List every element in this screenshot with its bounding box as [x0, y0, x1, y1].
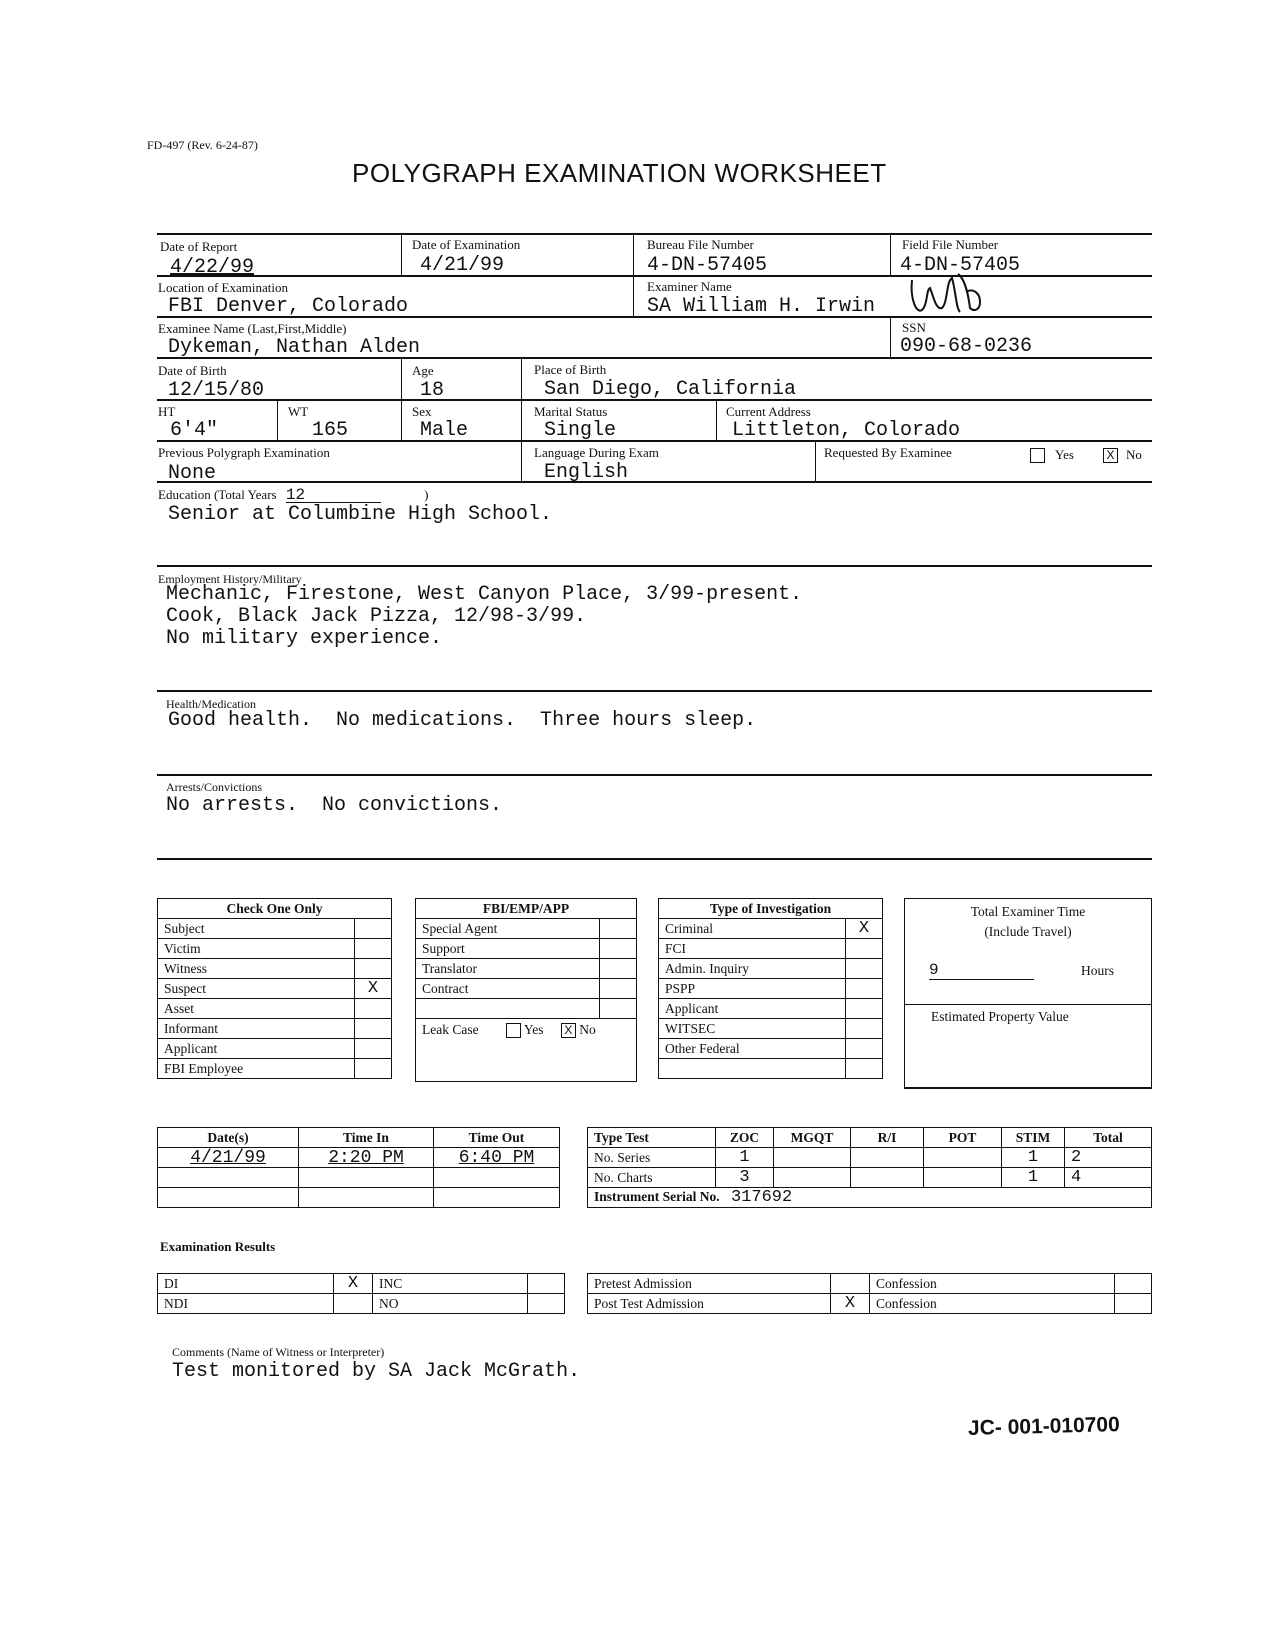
option-applicant: Applicant	[158, 1039, 355, 1059]
ri-cell	[851, 1168, 924, 1188]
result-di-mark[interactable]: X	[334, 1274, 373, 1294]
mark-witness[interactable]	[355, 959, 392, 979]
pretest-admission-mark[interactable]	[831, 1274, 870, 1294]
mark-pspp[interactable]	[846, 979, 883, 999]
mark-asset[interactable]	[355, 999, 392, 1019]
dob-value: 12/15/80	[168, 380, 264, 402]
table-row[interactable]: NDI NO	[158, 1294, 565, 1314]
result-no-mark[interactable]	[528, 1294, 565, 1314]
mark-special-agent[interactable]	[600, 919, 637, 939]
pot-header: POT	[924, 1128, 1002, 1148]
time-in-cell	[299, 1168, 434, 1188]
language-label: Language During Exam	[534, 446, 659, 460]
leak-case-no-checkbox[interactable]: X	[561, 1023, 576, 1038]
dob-label: Date of Birth	[158, 364, 227, 378]
mark-informant[interactable]	[355, 1019, 392, 1039]
requested-no-option[interactable]: X No	[1103, 446, 1142, 464]
option-admin-inquiry: Admin. Inquiry	[659, 959, 846, 979]
bureau-file-number-label: Bureau File Number	[647, 238, 754, 252]
table-row[interactable]: Post Test Admission X Confession	[588, 1294, 1152, 1314]
table-row[interactable]: PSPP	[659, 979, 883, 999]
marital-status-value: Single	[544, 420, 616, 442]
health-line: Good health. No medications. Three hours…	[168, 710, 756, 732]
time-out-cell	[434, 1188, 560, 1208]
instrument-serial-cell: Instrument Serial No. 317692	[588, 1188, 1152, 1208]
table-row[interactable]: Applicant	[659, 999, 883, 1019]
mark-admin-inquiry[interactable]	[846, 959, 883, 979]
examiner-name-label: Examiner Name	[647, 280, 732, 294]
mark-support[interactable]	[600, 939, 637, 959]
divider	[521, 357, 522, 481]
divider	[157, 481, 1152, 483]
examiner-time-box: Total Examiner Time (Include Travel) 9 H…	[904, 898, 1152, 1089]
employment-line-1: Mechanic, Firestone, West Canyon Place, …	[166, 584, 802, 606]
divider	[815, 440, 816, 481]
instrument-serial-label: Instrument Serial No.	[594, 1189, 720, 1204]
check-one-only-header: Check One Only	[158, 899, 392, 919]
current-address-value: Littleton, Colorado	[732, 420, 960, 442]
type-of-investigation-header: Type of Investigation	[659, 899, 883, 919]
education-years-value: 12	[286, 488, 381, 503]
field-file-number-label: Field File Number	[902, 238, 998, 252]
ri-header: R/I	[851, 1128, 924, 1148]
examiner-name-value: SA William H. Irwin	[647, 296, 875, 318]
employment-line-2: Cook, Black Jack Pizza, 12/98-3/99.	[166, 606, 586, 628]
time-out-cell	[434, 1168, 560, 1188]
sex-label: Sex	[412, 405, 432, 419]
option-applicant: Applicant	[659, 999, 846, 1019]
education-paren: )	[424, 487, 428, 502]
time-in-cell	[299, 1188, 434, 1208]
location-value: FBI Denver, Colorado	[168, 296, 408, 318]
table-row[interactable]: Support	[416, 939, 637, 959]
date-of-report-label: Date of Report	[160, 240, 237, 254]
table-row[interactable]: Pretest Admission Confession	[588, 1274, 1152, 1294]
requested-yes-option[interactable]: Yes	[1030, 446, 1074, 464]
stim-cell: 1	[1002, 1168, 1065, 1188]
instrument-serial-value: 317692	[731, 1188, 792, 1207]
ssn-value: 090-68-0236	[900, 336, 1032, 358]
row-label: No. Charts	[588, 1168, 716, 1188]
posttest-confession-label: Confession	[870, 1294, 1115, 1314]
row-label: No. Series	[588, 1148, 716, 1168]
examinee-name-label: Examinee Name (Last,First,Middle)	[158, 322, 346, 336]
posttest-admission-mark[interactable]: X	[831, 1294, 870, 1314]
option-witsec: WITSEC	[659, 1019, 846, 1039]
results-table-right: Pretest Admission Confession Post Test A…	[587, 1273, 1152, 1314]
time-out-cell: 6:40 PM	[434, 1148, 560, 1168]
option-subject: Subject	[158, 919, 355, 939]
mark-applicant[interactable]	[355, 1039, 392, 1059]
option-other-federal: Other Federal	[659, 1039, 846, 1059]
table-row[interactable]: Other Federal	[659, 1039, 883, 1059]
table-row: No. Charts 3 1 4	[588, 1168, 1152, 1188]
mark-blank[interactable]	[846, 1059, 883, 1079]
table-row[interactable]: Witness	[158, 959, 392, 979]
option-blank	[659, 1059, 846, 1079]
table-row[interactable]: WITSEC	[659, 1019, 883, 1039]
total-header: Total	[1065, 1128, 1152, 1148]
hours-label: Hours	[1081, 964, 1114, 978]
requested-yes-checkbox[interactable]	[1030, 448, 1045, 463]
divider	[157, 565, 1152, 567]
table-row[interactable]: DI X INC	[158, 1274, 565, 1294]
divider	[157, 690, 1152, 692]
mgqt-cell	[774, 1168, 851, 1188]
pot-cell	[924, 1168, 1002, 1188]
fbi-emp-app-header: FBI/EMP/APP	[416, 899, 637, 919]
option-blank	[416, 999, 600, 1019]
divider	[890, 316, 891, 357]
examiner-time-hours-value: 9	[929, 961, 1034, 980]
examiner-signature-icon	[908, 268, 988, 324]
wt-label: WT	[288, 405, 308, 419]
table-row: 4/21/99 2:20 PM 6:40 PM	[158, 1148, 560, 1168]
sex-value: Male	[420, 420, 468, 442]
option-fci: FCI	[659, 939, 846, 959]
form-title: POLYGRAPH EXAMINATION WORKSHEET	[352, 158, 887, 189]
mark-applicant[interactable]	[846, 999, 883, 1019]
table-row[interactable]: Informant	[158, 1019, 392, 1039]
time-in-cell: 2:20 PM	[299, 1148, 434, 1168]
fbi-emp-app-table: FBI/EMP/APP Special Agent Support Transl…	[415, 898, 637, 1082]
divider	[157, 774, 1152, 776]
document-id: JC- 001-010700	[968, 1413, 1120, 1441]
marital-status-label: Marital Status	[534, 405, 607, 419]
table-row	[158, 1188, 560, 1208]
divider	[157, 233, 1152, 235]
pretest-confession-label: Confession	[870, 1274, 1115, 1294]
requested-no-label: No	[1126, 447, 1142, 462]
table-row[interactable]: Special Agent	[416, 919, 637, 939]
education-label-text: Education (Total Years	[158, 487, 277, 502]
result-inc-mark[interactable]	[528, 1274, 565, 1294]
date-of-examination-value: 4/21/99	[420, 255, 504, 277]
table-row[interactable]: Applicant	[158, 1039, 392, 1059]
examiner-time-sublabel: (Include Travel)	[905, 925, 1151, 939]
times-table: Date(s) Time In Time Out 4/21/99 2:20 PM…	[157, 1127, 560, 1208]
posttest-admission-label: Post Test Admission	[588, 1294, 831, 1314]
location-label: Location of Examination	[158, 281, 288, 295]
posttest-confession-mark[interactable]	[1115, 1294, 1152, 1314]
divider	[716, 399, 717, 440]
table-row[interactable]	[416, 999, 637, 1019]
zoc-header: ZOC	[716, 1128, 774, 1148]
mark-suspect[interactable]: X	[355, 979, 392, 999]
mark-contract[interactable]	[600, 979, 637, 999]
mark-witsec[interactable]	[846, 1019, 883, 1039]
language-value: English	[544, 462, 628, 484]
divider	[277, 399, 278, 440]
property-value-label: Estimated Property Value	[931, 1010, 1069, 1024]
examiner-time-label: Total Examiner Time	[905, 905, 1151, 919]
form-number: FD-497 (Rev. 6-24-87)	[147, 138, 258, 152]
ssn-label: SSN	[902, 321, 926, 335]
mark-blank[interactable]	[600, 999, 637, 1019]
table-row[interactable]	[659, 1059, 883, 1079]
zoc-cell: 3	[716, 1168, 774, 1188]
examinee-name-value: Dykeman, Nathan Alden	[168, 337, 420, 359]
mark-victim[interactable]	[355, 939, 392, 959]
leak-case-yes-checkbox[interactable]	[506, 1023, 521, 1038]
age-label: Age	[412, 364, 434, 378]
type-test-header: Type Test	[588, 1128, 716, 1148]
table-row: No. Series 1 1 2	[588, 1148, 1152, 1168]
result-no-label: NO	[373, 1294, 528, 1314]
previous-polygraph-label: Previous Polygraph Examination	[158, 446, 330, 460]
education-label: Education (Total Years 12 )	[158, 488, 428, 503]
leak-case-label: Leak Case	[422, 1022, 479, 1037]
date-header: Date(s)	[158, 1128, 299, 1148]
divider	[157, 858, 1152, 860]
requested-no-checkbox[interactable]: X	[1103, 448, 1118, 463]
divider	[890, 233, 891, 275]
age-value: 18	[420, 380, 444, 402]
divider	[905, 1004, 1151, 1005]
ht-label: HT	[158, 405, 175, 419]
check-one-only-table: Check One Only Subject Victim Witness Su…	[157, 898, 392, 1079]
date-of-examination-label: Date of Examination	[412, 238, 520, 252]
previous-polygraph-value: None	[168, 463, 216, 485]
zoc-cell: 1	[716, 1148, 774, 1168]
employment-line-3: No military experience.	[166, 628, 442, 650]
divider	[633, 233, 634, 316]
date-cell: 4/21/99	[158, 1148, 299, 1168]
pretest-confession-mark[interactable]	[1115, 1274, 1152, 1294]
mgqt-cell	[774, 1148, 851, 1168]
leak-case-yes-label: Yes	[524, 1022, 544, 1037]
result-inc-label: INC	[373, 1274, 528, 1294]
type-of-investigation-table: Type of Investigation CriminalX FCI Admi…	[658, 898, 883, 1079]
requested-by-examinee-label: Requested By Examinee	[824, 446, 952, 460]
table-row[interactable]: FBI Employee	[158, 1059, 392, 1079]
option-witness: Witness	[158, 959, 355, 979]
mark-other-federal[interactable]	[846, 1039, 883, 1059]
arrests-label: Arrests/Convictions	[166, 780, 262, 794]
comments-label: Comments (Name of Witness or Interpreter…	[172, 1345, 384, 1359]
option-informant: Informant	[158, 1019, 355, 1039]
time-out-header: Time Out	[434, 1128, 560, 1148]
mark-fbi-employee[interactable]	[355, 1059, 392, 1079]
date-cell	[158, 1188, 299, 1208]
current-address-label: Current Address	[726, 405, 811, 419]
table-row[interactable]: CriminalX	[659, 919, 883, 939]
option-asset: Asset	[158, 999, 355, 1019]
stim-header: STIM	[1002, 1128, 1065, 1148]
test-table: Type Test ZOC MGQT R/I POT STIM Total No…	[587, 1127, 1152, 1208]
requested-yes-label: Yes	[1055, 447, 1074, 462]
table-row[interactable]: Victim	[158, 939, 392, 959]
ri-cell	[851, 1148, 924, 1168]
total-cell: 4	[1065, 1168, 1152, 1188]
arrests-line: No arrests. No convictions.	[166, 795, 502, 817]
table-row[interactable]: Translator	[416, 959, 637, 979]
table-row[interactable]: Contract	[416, 979, 637, 999]
table-row[interactable]: FCI	[659, 939, 883, 959]
ht-value: 6'4"	[170, 420, 218, 442]
mark-translator[interactable]	[600, 959, 637, 979]
table-row[interactable]: Admin. Inquiry	[659, 959, 883, 979]
leak-case-no-option[interactable]: X No	[561, 1022, 596, 1037]
time-in-header: Time In	[299, 1128, 434, 1148]
pretest-admission-label: Pretest Admission	[588, 1274, 831, 1294]
mgqt-header: MGQT	[774, 1128, 851, 1148]
divider	[157, 440, 1152, 442]
pot-cell	[924, 1148, 1002, 1168]
examination-results-label: Examination Results	[160, 1240, 275, 1254]
place-of-birth-label: Place of Birth	[534, 363, 606, 377]
date-cell	[158, 1168, 299, 1188]
option-translator: Translator	[416, 959, 600, 979]
wt-value: 165	[312, 420, 348, 442]
option-support: Support	[416, 939, 600, 959]
mark-subject[interactable]	[355, 919, 392, 939]
total-cell: 2	[1065, 1148, 1152, 1168]
education-line: Senior at Columbine High School.	[168, 504, 552, 526]
divider	[401, 233, 402, 275]
stim-cell: 1	[1002, 1148, 1065, 1168]
leak-case-cell: Leak Case Yes X No	[416, 1019, 637, 1082]
option-criminal: Criminal	[659, 919, 846, 939]
mark-criminal[interactable]: X	[846, 919, 883, 939]
result-di-label: DI	[158, 1274, 334, 1294]
option-pspp: PSPP	[659, 979, 846, 999]
option-contract: Contract	[416, 979, 600, 999]
table-row	[158, 1168, 560, 1188]
results-table-left: DI X INC NDI NO	[157, 1273, 565, 1314]
table-row[interactable]: Asset	[158, 999, 392, 1019]
option-special-agent: Special Agent	[416, 919, 600, 939]
mark-fci[interactable]	[846, 939, 883, 959]
comments-value: Test monitored by SA Jack McGrath.	[172, 1361, 580, 1383]
result-ndi-mark[interactable]	[334, 1294, 373, 1314]
leak-case-no-label: No	[579, 1022, 596, 1037]
table-row[interactable]: SuspectX	[158, 979, 392, 999]
place-of-birth-value: San Diego, California	[544, 379, 796, 401]
table-row[interactable]: Subject	[158, 919, 392, 939]
option-fbi-employee: FBI Employee	[158, 1059, 355, 1079]
date-of-report-value: 4/22/99	[170, 257, 254, 279]
leak-case-yes-option[interactable]: Yes	[506, 1022, 544, 1037]
option-suspect: Suspect	[158, 979, 355, 999]
divider	[401, 357, 402, 440]
option-victim: Victim	[158, 939, 355, 959]
bureau-file-number-value: 4-DN-57405	[647, 255, 767, 277]
result-ndi-label: NDI	[158, 1294, 334, 1314]
